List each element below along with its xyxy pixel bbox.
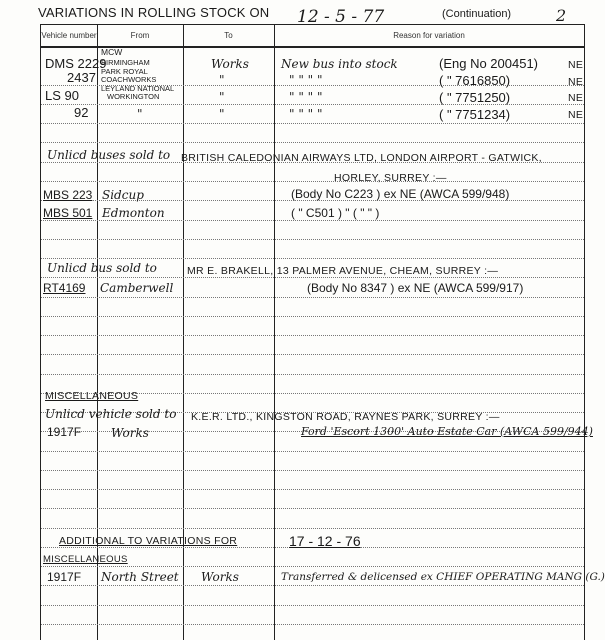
vehicle-number: MBS 501 — [43, 206, 92, 220]
status-code: NE — [568, 76, 583, 88]
to-value: Works — [201, 570, 239, 584]
vehicle-description: Ford 'Escort 1300' Auto Estate Car (AWCA… — [301, 425, 593, 438]
col-vehicle-number: Vehicle number — [41, 25, 97, 46]
form-title: VARIATIONS IN ROLLING STOCK ON — [38, 5, 269, 20]
section-heading-handwritten: Unlicd buses sold to — [47, 148, 170, 162]
from-value: Sidcup — [102, 188, 144, 202]
engine-number: (Eng No 200451) — [439, 56, 538, 71]
status-code: NE — [568, 59, 583, 71]
vehicle-number: MBS 223 — [43, 188, 92, 202]
reason-ditto: " " " " — [289, 107, 323, 121]
engine-number: ( " 7751250) — [439, 90, 510, 105]
reason-text: Transferred & delicensed ex CHIEF OPERAT… — [281, 571, 605, 583]
section-heading-handwritten: Unlicd vehicle sold to — [45, 407, 176, 421]
to-value: " — [219, 107, 225, 121]
engine-number: ( " 7751234) — [439, 107, 510, 122]
engine-number: ( " 7616850) — [439, 73, 510, 88]
reason-text: New bus into stock — [281, 57, 398, 71]
page-number: 2 — [556, 6, 566, 25]
vehicle-number: DMS 2229 — [45, 56, 106, 71]
section-heading-handwritten: Unlicd bus sold to — [47, 261, 157, 275]
continuation-label: (Continuation) — [442, 8, 511, 20]
additional-misc-label: MISCELLANEOUS — [43, 554, 128, 565]
additional-label: ADDITIONAL TO VARIATIONS FOR — [59, 535, 237, 547]
from-value: Edmonton — [102, 206, 165, 220]
from-birmingham: BIRMINGHAM — [101, 59, 150, 67]
body-number-reason: (Body No 8347 ) ex NE (AWCA 599/917) — [307, 281, 523, 295]
from-value: North Street — [101, 570, 179, 584]
vehicle-number: 1917F — [47, 425, 81, 439]
body-number-reason: (Body No C223 ) ex NE (AWCA 599/948) — [291, 187, 509, 201]
from-ditto: " — [137, 107, 143, 121]
to-value: Works — [211, 57, 249, 71]
to-value: " — [219, 73, 225, 87]
vehicle-number: RT4169 — [43, 281, 85, 295]
from-coachworks: COACHWORKS — [101, 76, 156, 84]
to-value: " — [219, 90, 225, 104]
reason-ditto: " " " " — [289, 73, 323, 87]
ledger-table: Vehicle number From To Reason for variat… — [40, 24, 585, 640]
from-value: Works — [111, 426, 149, 440]
col-to: To — [183, 25, 274, 46]
additional-date: 17 - 12 - 76 — [289, 533, 361, 549]
buyer-address: HORLEY, SURREY :— — [334, 172, 447, 184]
reason-ditto: " " " " — [289, 90, 323, 104]
buyer-name: BRITISH CALEDONIAN AIRWAYS LTD, LONDON A… — [181, 152, 542, 164]
vehicle-number: 1917F — [47, 570, 81, 584]
buyer-name: K.E.R. LTD., KINGSTON ROAD, RAYNES PARK,… — [191, 411, 500, 423]
misc-label: MISCELLANEOUS — [45, 390, 138, 402]
from-workington: WORKINGTON — [107, 93, 159, 101]
col-from: From — [97, 25, 183, 46]
vehicle-number: 2437 — [67, 70, 96, 85]
body-number-reason: ( " C501 ) " ( " " ) — [291, 206, 379, 220]
status-code: NE — [568, 109, 583, 121]
vehicle-number: LS 90 — [45, 88, 79, 103]
col-reason: Reason for variation — [274, 25, 584, 46]
status-code: NE — [568, 92, 583, 104]
buyer-name: MR E. BRAKELL, 13 PALMER AVENUE, CHEAM, … — [187, 265, 498, 277]
vehicle-number: 92 — [74, 105, 88, 120]
from-value: Camberwell — [100, 281, 173, 295]
